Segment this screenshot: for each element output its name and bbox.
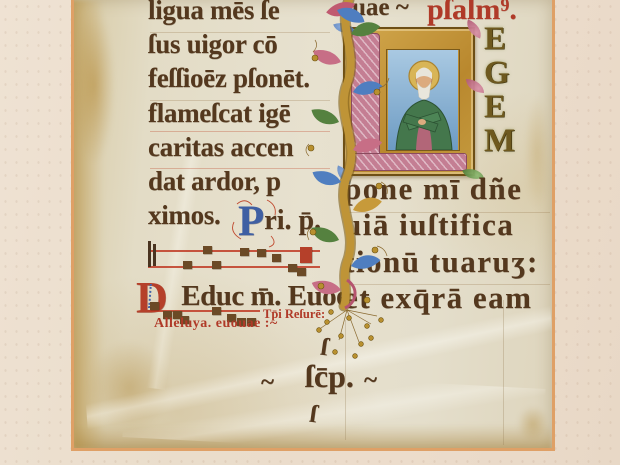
chant-note	[212, 307, 221, 315]
cadel-letter: G	[484, 56, 515, 90]
flourish-tilde-left: ~	[261, 369, 274, 397]
chant-note	[183, 261, 192, 269]
text-line: feſſioēz pſonēt.	[148, 61, 310, 95]
chant-note	[272, 254, 281, 262]
chant-note	[212, 261, 221, 269]
text-line: flameſcat igē	[148, 96, 310, 130]
flourish-tilde-right: ~	[364, 367, 377, 395]
framed-manuscript-photo: ligua mēs ſe ſus uigor cō feſſioēz pſonē…	[0, 0, 620, 465]
clef	[148, 241, 151, 267]
rubric-alleluia: Alleluya. euouae :~	[154, 316, 278, 332]
text-line: ſus uigor cō	[148, 27, 310, 61]
clef	[153, 244, 156, 266]
staff-line	[148, 250, 320, 252]
chant-note	[203, 246, 212, 254]
chant-note	[150, 302, 159, 310]
text-line: ligua mēs ſe	[148, 0, 310, 27]
stain-top-left	[74, 0, 122, 190]
gold-cadel-letters: E G E M	[484, 22, 515, 158]
foliate-vine-border	[297, 0, 397, 365]
miniature-panel	[386, 49, 460, 151]
chant-note	[240, 248, 249, 256]
cadel-letter: E	[484, 22, 515, 56]
text-line: dat ardor, p	[148, 164, 310, 198]
saint-miniature	[387, 50, 459, 150]
stain-right-corner	[512, 400, 552, 448]
hands	[418, 119, 426, 125]
blue-initial-p: P	[238, 198, 264, 245]
chant-note	[257, 249, 266, 257]
chant-note	[288, 264, 297, 272]
stain-bottom-left	[74, 325, 184, 448]
cadel-letter: E	[484, 90, 515, 124]
cadel-letter: M	[484, 124, 515, 158]
text-line: caritas accen	[148, 130, 310, 164]
